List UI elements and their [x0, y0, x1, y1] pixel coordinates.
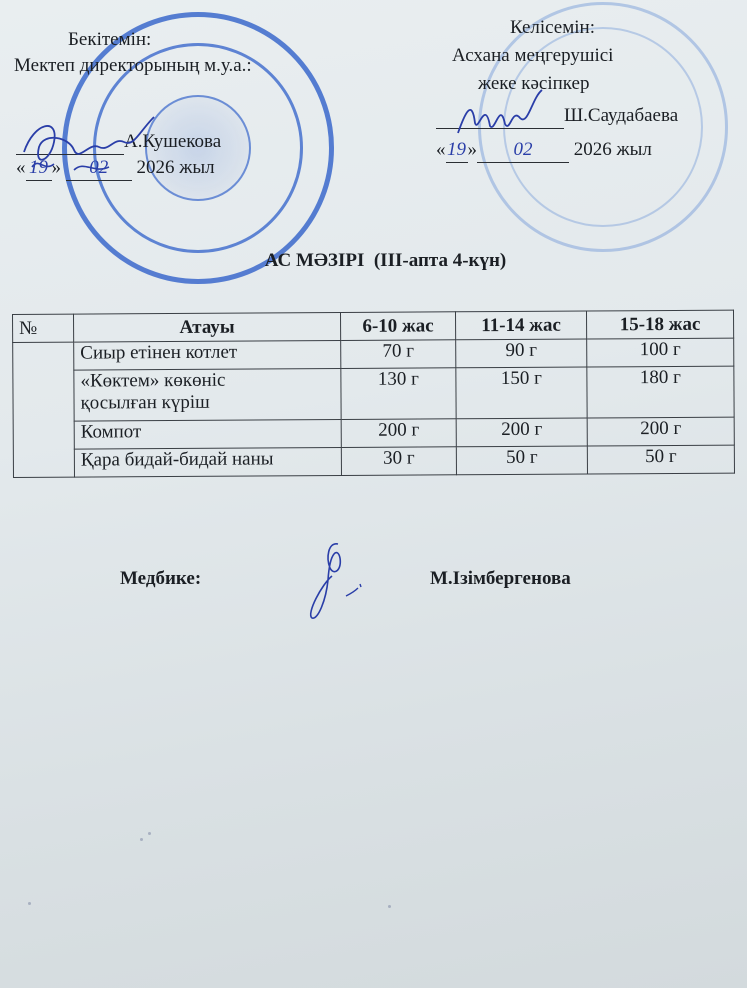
portion-15-18: 50 г [587, 445, 734, 474]
date-quote-open: « [436, 139, 446, 160]
portion-6-10: 130 г [341, 368, 456, 420]
table-row: Қара бидай-бидай наны 30 г 50 г 50 г [13, 445, 734, 477]
portion-11-14: 200 г [456, 418, 587, 447]
nurse-signature [300, 540, 370, 625]
agree-name-line: Ш.Саудабаева [436, 104, 678, 129]
table-row: «Көктем» көкөніс қосылған күріш 130 г 15… [13, 366, 734, 421]
portion-15-18: 180 г [587, 366, 734, 418]
nurse-name: М.Ізімбергенова [430, 568, 571, 590]
table-row: Сиыр етінен котлет 70 г 90 г 100 г [13, 338, 734, 370]
portion-15-18: 100 г [587, 338, 734, 367]
signature-line [16, 130, 124, 155]
paper-speck [388, 905, 391, 908]
portion-6-10: 30 г [341, 447, 456, 476]
approve-name-line: А.Кушекова [16, 130, 221, 155]
dish-name: Сиыр етінен котлет [74, 340, 341, 370]
agree-name: Ш.Саудабаева [564, 105, 678, 126]
portion-6-10: 200 г [341, 419, 456, 448]
date-quote-open: « [16, 157, 26, 178]
portion-15-18: 200 г [587, 417, 734, 446]
approve-heading: Бекітемін: [68, 28, 151, 52]
approve-date-month: 02 [66, 156, 132, 181]
approve-position: Мектеп директорының м.у.а.: [14, 54, 252, 78]
column-header-age-11-14: 11-14 жас [455, 311, 586, 340]
agree-date-day: 19 [446, 138, 468, 163]
portion-11-14: 90 г [456, 339, 587, 368]
paper-speck [148, 832, 151, 835]
dish-name: Компот [74, 419, 341, 449]
dish-name: Қара бидай-бидай наны [74, 447, 341, 477]
agree-date-year: 2026 жыл [574, 139, 652, 160]
approve-date: «19» 02 2026 жыл [16, 156, 215, 181]
column-header-age-15-18: 15-18 жас [586, 310, 733, 339]
row-number-cell [13, 342, 75, 477]
portion-11-14: 50 г [456, 446, 587, 475]
portion-6-10: 70 г [341, 340, 456, 369]
dish-name: «Көктем» көкөніс қосылған күріш [74, 368, 341, 421]
date-quote-close: » [52, 157, 62, 178]
column-header-name: Атауы [74, 312, 341, 342]
table-row: Компот 200 г 200 г 200 г [13, 417, 734, 449]
approve-date-year: 2026 жыл [137, 157, 215, 178]
paper-speck [28, 902, 31, 905]
agree-heading: Келісемін: [510, 16, 595, 40]
menu-table: № Атауы 6-10 жас 11-14 жас 15-18 жас Сиы… [12, 310, 735, 478]
signature-line [436, 104, 564, 129]
agree-date: «19»02 2026 жыл [436, 138, 652, 163]
column-header-number: № [13, 314, 74, 342]
portion-11-14: 150 г [456, 367, 587, 419]
paper-speck [140, 838, 143, 841]
date-quote-close: » [468, 139, 478, 160]
agree-position-line2: жеке кәсіпкер [478, 72, 590, 96]
agree-date-month: 02 [477, 138, 569, 163]
nurse-role: Медбике: [120, 568, 201, 590]
column-header-age-6-10: 6-10 жас [340, 312, 455, 341]
menu-title: АС МӘЗІРІ (ІІІ-апта 4-күн) [0, 250, 747, 272]
approve-date-day: 19 [26, 156, 52, 181]
agree-position-line1: Асхана меңгерушісі [452, 44, 613, 68]
approve-name: А.Кушекова [124, 131, 221, 152]
table-header-row: № Атауы 6-10 жас 11-14 жас 15-18 жас [13, 310, 734, 342]
